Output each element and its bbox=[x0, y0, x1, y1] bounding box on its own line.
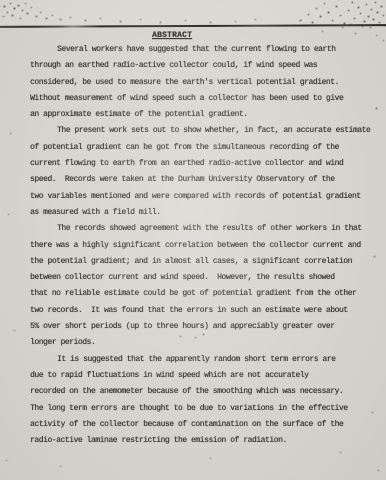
abstract-line: 5% over short periods (up to three hours… bbox=[30, 322, 374, 338]
abstract-line: two records. It was found that the error… bbox=[30, 306, 374, 322]
abstract-line: Without measurement of wind speed such a… bbox=[30, 94, 374, 110]
abstract-line: The long term errors are thought to be d… bbox=[30, 404, 374, 420]
abstract-line: current flowing to earth from an earthed… bbox=[30, 159, 374, 175]
abstract-line: considered, be used to measure the earth… bbox=[30, 78, 374, 94]
abstract-line: the potential gradient; and in almost al… bbox=[30, 257, 374, 273]
abstract-line: between collector current and wind speed… bbox=[30, 273, 374, 289]
abstract-line: speed. Records were taken at the Durham … bbox=[30, 175, 374, 191]
abstract-line: The records showed agreement with the re… bbox=[30, 224, 374, 240]
abstract-line: activity of the collector because of con… bbox=[30, 420, 374, 436]
page-title: ABSTRACT bbox=[152, 31, 192, 40]
abstract-line: that no reliable estimate could be got o… bbox=[30, 289, 374, 305]
abstract-line: longer periods. bbox=[30, 338, 374, 354]
abstract-line: as measured with a field mill. bbox=[30, 208, 374, 224]
abstract-line: due to rapid fluctuations in wind speed … bbox=[30, 371, 374, 387]
abstract-line: through an earthed radio-active collecto… bbox=[30, 61, 374, 77]
abstract-line: The present work sets out to show whethe… bbox=[30, 126, 374, 142]
abstract-line: an approximate estimate of the potential… bbox=[30, 110, 374, 126]
scan-noise-body bbox=[0, 0, 1, 1]
scan-edge-band bbox=[0, 0, 386, 25]
abstract-line: Several workers have suggested that the … bbox=[30, 45, 374, 61]
scan-edge-line bbox=[0, 24, 386, 28]
abstract-line: radio-active laminae restricting the emi… bbox=[30, 436, 374, 452]
abstract-line: It is suggested that the apparently rand… bbox=[30, 355, 374, 371]
abstract-line: of potential gradient can be got from th… bbox=[30, 143, 374, 159]
scanned-abstract-page: ABSTRACT Several workers have suggested … bbox=[0, 0, 386, 480]
abstract-line: two variables mentioned and were compare… bbox=[30, 192, 374, 208]
abstract-line: recorded on the anemometer because of th… bbox=[30, 387, 374, 403]
abstract-text: Several workers have suggested that the … bbox=[30, 45, 374, 452]
abstract-line: there was a highly significant correlati… bbox=[30, 241, 374, 257]
